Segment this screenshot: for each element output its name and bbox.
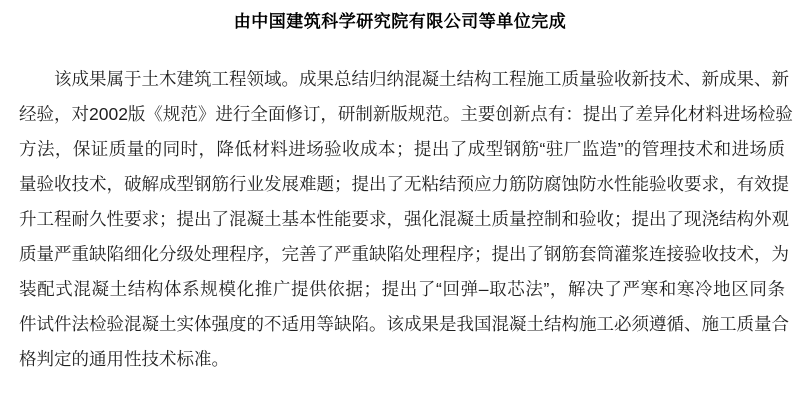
paragraph-line: 方法，保证质量的同时，降低材料进场验收成本；提出了成型钢筋“驻厂监造”的管理技术… xyxy=(19,132,785,167)
body-paragraph: 该成果属于土木建筑工程领域。成果总结归纳混凝土结构工程施工质量验收新技术、新成果… xyxy=(19,62,785,377)
paragraph-line: 件试件法检验混凝土实体强度的不适用等缺陷。该成果是我国混凝土结构施工必须遵循、施… xyxy=(19,307,785,342)
paragraph-line: 质量严重缺陷细化分级处理程序，完善了严重缺陷处理程序；提出了钢筋套筒灌浆连接验收… xyxy=(19,237,785,272)
paragraph-line: 格判定的通用性技术标准。 xyxy=(19,342,785,377)
paragraph-line: 经验，对2002版《规范》进行全面修订，研制新版规范。主要创新点有：提出了差异化… xyxy=(19,97,785,132)
page-title: 由中国建筑科学研究院有限公司等单位完成 xyxy=(15,12,785,32)
paragraph-line: 装配式混凝土结构体系规模化推广提供依据；提出了“回弹–取芯法”，解决了严寒和寒冷… xyxy=(19,272,785,307)
paragraph-line: 升工程耐久性要求；提出了混凝土基本性能要求，强化混凝土质量控制和验收；提出了现浇… xyxy=(19,202,785,237)
paragraph-line: 量验收技术，破解成型钢筋行业发展难题；提出了无粘结预应力筋防腐蚀防水性能验收要求… xyxy=(19,167,785,202)
paragraph-line: 该成果属于土木建筑工程领域。成果总结归纳混凝土结构工程施工质量验收新技术、新成果… xyxy=(19,62,785,97)
